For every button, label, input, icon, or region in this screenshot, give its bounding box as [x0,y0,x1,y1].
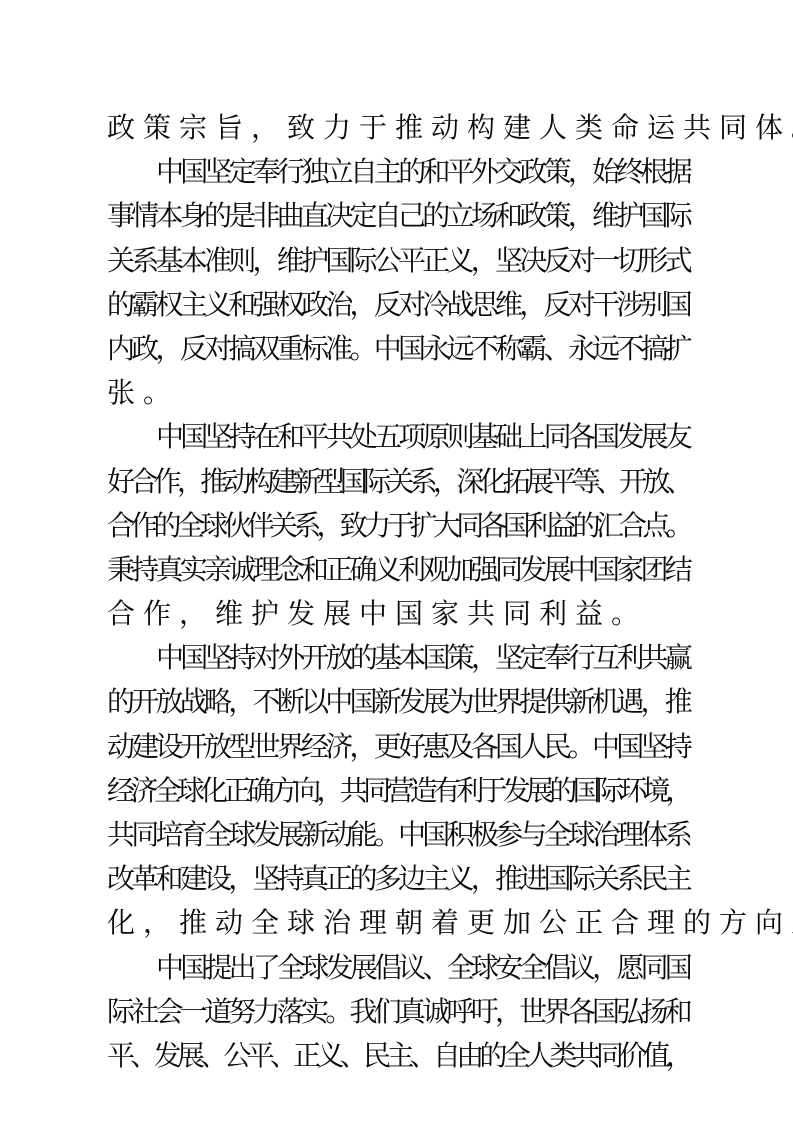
text-line: 的霸权主义和强权政治，反对冷战思维，反对干涉别国 [107,283,689,327]
text-line: 合作的全球伙伴关系，致力于扩大同各国利益的汇合点。 [107,504,689,548]
text-line: 经济全球化正确方向，共同营造有利于发展的国际环境， [107,769,689,813]
paragraph-peaceful-coexistence: 中国坚持在和平共处五项原则基础上同各国发展友 好合作，推动构建新型国际关系，深化… [107,415,689,636]
text-line: 动建设开放型世界经济，更好惠及各国人民。中国坚持 [107,725,689,769]
document-body: 政策宗旨，致力于推动构建人类命运共同体。 中国坚定奉行独立自主的和平外交政策，始… [107,106,689,1078]
text-line: 中国坚持对外开放的基本国策，坚定奉行互利共赢 [107,636,689,680]
text-line: 平、发展、公平、正义、民主、自由的全人类共同价值， [107,1034,689,1078]
text-line: 事情本身的是非曲直决定自己的立场和政策，维护国际 [107,194,689,238]
text-line: 的开放战略，不断以中国新发展为世界提供新机遇，推 [107,680,689,724]
text-line: 秉持真实亲诚理念和正确义利观加强同发展中国家团结 [107,548,689,592]
text-line: 中国提出了全球发展倡议、全球安全倡议，愿同国 [107,946,689,990]
document-page: 政策宗旨，致力于推动构建人类命运共同体。 中国坚定奉行独立自主的和平外交政策，始… [0,0,793,1122]
text-line: 合作，维护发展中国家共同利益。 [107,592,689,636]
text-line: 共同培育全球发展新动能。中国积极参与全球治理体系 [107,813,689,857]
text-line: 化，推动全球治理朝着更加公正合理的方向发展。 [107,901,689,945]
text-line: 张。 [107,371,689,415]
text-line: 内政，反对搞双重标准。中国永远不称霸、永远不搞扩 [107,327,689,371]
paragraph-independent-foreign-policy: 中国坚定奉行独立自主的和平外交政策，始终根据 事情本身的是非曲直决定自己的立场和… [107,150,689,415]
text-line: 好合作，推动构建新型国际关系，深化拓展平等、开放、 [107,460,689,504]
text-line: 中国坚定奉行独立自主的和平外交政策，始终根据 [107,150,689,194]
text-line: 中国坚持在和平共处五项原则基础上同各国发展友 [107,415,689,459]
paragraph-policy-purpose: 政策宗旨，致力于推动构建人类命运共同体。 [107,106,689,150]
paragraph-global-initiatives: 中国提出了全球发展倡议、全球安全倡议，愿同国 际社会一道努力落实。我们真诚呼吁，… [107,946,689,1079]
text-line: 际社会一道努力落实。我们真诚呼吁，世界各国弘扬和 [107,990,689,1034]
text-line: 改革和建设，坚持真正的多边主义，推进国际关系民主 [107,857,689,901]
paragraph-opening-up: 中国坚持对外开放的基本国策，坚定奉行互利共赢 的开放战略，不断以中国新发展为世界… [107,636,689,945]
text-line: 政策宗旨，致力于推动构建人类命运共同体。 [107,106,689,150]
text-line: 关系基本准则，维护国际公平正义，坚决反对一切形式 [107,239,689,283]
